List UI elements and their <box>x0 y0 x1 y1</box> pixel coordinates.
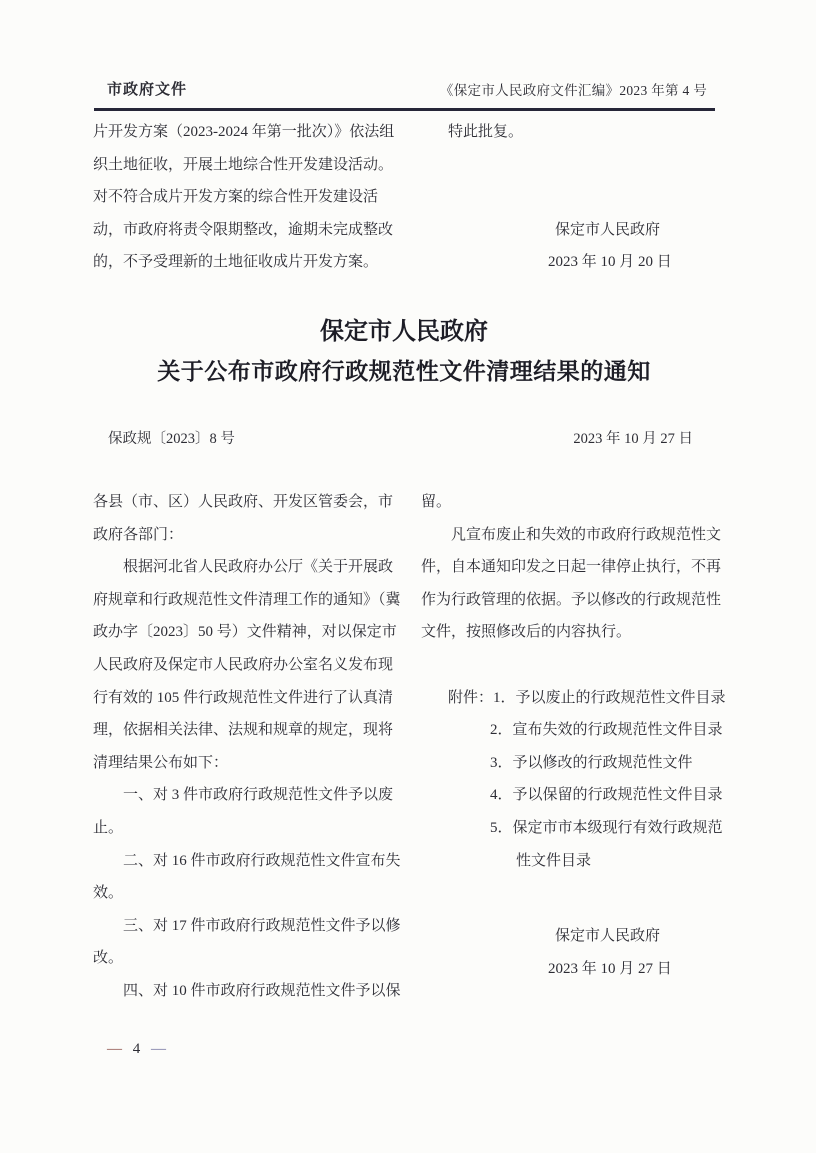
blank-line <box>421 181 715 214</box>
attachment-list-line: 3．予以修改的行政规范性文件 <box>421 747 715 780</box>
issue-date: 2023 年 10 月 20 日 <box>421 246 715 279</box>
attachment-list-line: 性文件目录 <box>421 845 715 878</box>
attachment-list-line: 4．予以保留的行政规范性文件目录 <box>421 779 715 812</box>
body-text-line: 改。 <box>93 942 409 975</box>
body-text-line: 织土地征收，开展土地综合性开发建设活动。 <box>93 149 409 182</box>
issuer-signature: 保定市人民政府 <box>421 214 715 247</box>
body-text-line: 府规章和行政规范性文件清理工作的通知》（冀 <box>93 584 409 617</box>
body-text-line: 根据河北省人民政府办公厅《关于开展政 <box>93 551 409 584</box>
prev-doc-right-column: 特此批复。 保定市人民政府 2023 年 10 月 20 日 <box>421 116 715 279</box>
prev-doc-left-column: 片开发方案（2023-2024 年第一批次）》依法组 织土地征收，开展土地综合性… <box>93 116 409 279</box>
notice-left-column: 各县（市、区）人民政府、开发区管委会，市 政府各部门： 根据河北省人民政府办公厅… <box>93 486 409 1008</box>
page-number: — 4 — <box>107 1039 167 1059</box>
body-text-line: 清理结果公布如下： <box>93 747 409 780</box>
attachment-list-line: 2．宣布失效的行政规范性文件目录 <box>421 714 715 747</box>
body-text-line: 效。 <box>93 877 409 910</box>
body-text-line: 三、对 17 件市政府行政规范性文件予以修 <box>93 910 409 943</box>
doc-number: 保政规〔2023〕8 号 <box>108 429 235 449</box>
header-left-label: 市政府文件 <box>107 78 187 99</box>
page-header: 市政府文件 《保定市人民政府文件汇编》2023 年第 4 号 <box>94 78 715 111</box>
blank-line <box>421 649 715 682</box>
body-text-line: 人民政府及保定市人民政府办公室名义发布现 <box>93 649 409 682</box>
blank-space <box>421 877 715 920</box>
body-text-line: 二、对 16 件市政府行政规范性文件宣布失 <box>93 845 409 878</box>
notice-title-line2: 关于公布市政府行政规范性文件清理结果的通知 <box>93 352 715 391</box>
body-text-line: 动，市政府将责令限期整改，逾期未完成整改 <box>93 214 409 247</box>
page-number-dash-right: — <box>151 1041 167 1057</box>
closing-phrase: 特此批复。 <box>421 116 715 149</box>
notice-right-column: 留。 凡宣布废止和失效的市政府行政规范性文 件，自本通知印发之日起一律停止执行，… <box>421 486 715 985</box>
body-text-line: 各县（市、区）人民政府、开发区管委会，市 <box>93 486 409 519</box>
body-text-line: 止。 <box>93 812 409 845</box>
body-text-line: 政办字〔2023〕50 号）文件精神，对以保定市 <box>93 616 409 649</box>
body-text-line: 四、对 10 件市政府行政规范性文件予以保 <box>93 975 409 1008</box>
body-text-line: 政府各部门： <box>93 519 409 552</box>
attachment-list-line: 附件：1．予以废止的行政规范性文件目录 <box>421 682 715 715</box>
notice-title-line1: 保定市人民政府 <box>93 313 715 352</box>
blank-line <box>421 149 715 182</box>
page-number-dash-left: — <box>107 1041 123 1057</box>
body-text-line: 行有效的 105 件行政规范性文件进行了认真清 <box>93 682 409 715</box>
issuer-signature: 保定市人民政府 <box>421 920 715 953</box>
body-text-line: 作为行政管理的依据。予以修改的行政规范性 <box>421 584 715 617</box>
body-text-line: 一、对 3 件市政府行政规范性文件予以废 <box>93 779 409 812</box>
header-right-compilation-label: 《保定市人民政府文件汇编》2023 年第 4 号 <box>440 79 707 99</box>
body-text-line: 理，依据相关法律、法规和规章的规定，现将 <box>93 714 409 747</box>
body-text-line: 对不符合成片开发方案的综合性开发建设活 <box>93 181 409 214</box>
body-text-line: 凡宣布废止和失效的市政府行政规范性文 <box>421 519 715 552</box>
body-text-line: 片开发方案（2023-2024 年第一批次）》依法组 <box>93 116 409 149</box>
scanned-document-page: 市政府文件 《保定市人民政府文件汇编》2023 年第 4 号 片开发方案（202… <box>0 0 816 1153</box>
body-text-line: 件，自本通知印发之日起一律停止执行，不再 <box>421 551 715 584</box>
attachment-list-line: 5．保定市市本级现行有效行政规范 <box>421 812 715 845</box>
body-text-line: 的，不予受理新的土地征收成片开发方案。 <box>93 246 409 279</box>
body-text-line: 留。 <box>421 486 715 519</box>
doc-number-row: 保政规〔2023〕8 号 2023 年 10 月 27 日 <box>93 429 715 449</box>
body-text-line: 文件，按照修改后的内容执行。 <box>421 616 715 649</box>
doc-date: 2023 年 10 月 27 日 <box>573 429 693 449</box>
issue-date: 2023 年 10 月 27 日 <box>421 953 715 986</box>
page-number-value: 4 <box>133 1041 142 1057</box>
notice-title: 保定市人民政府 关于公布市政府行政规范性文件清理结果的通知 <box>93 313 715 391</box>
